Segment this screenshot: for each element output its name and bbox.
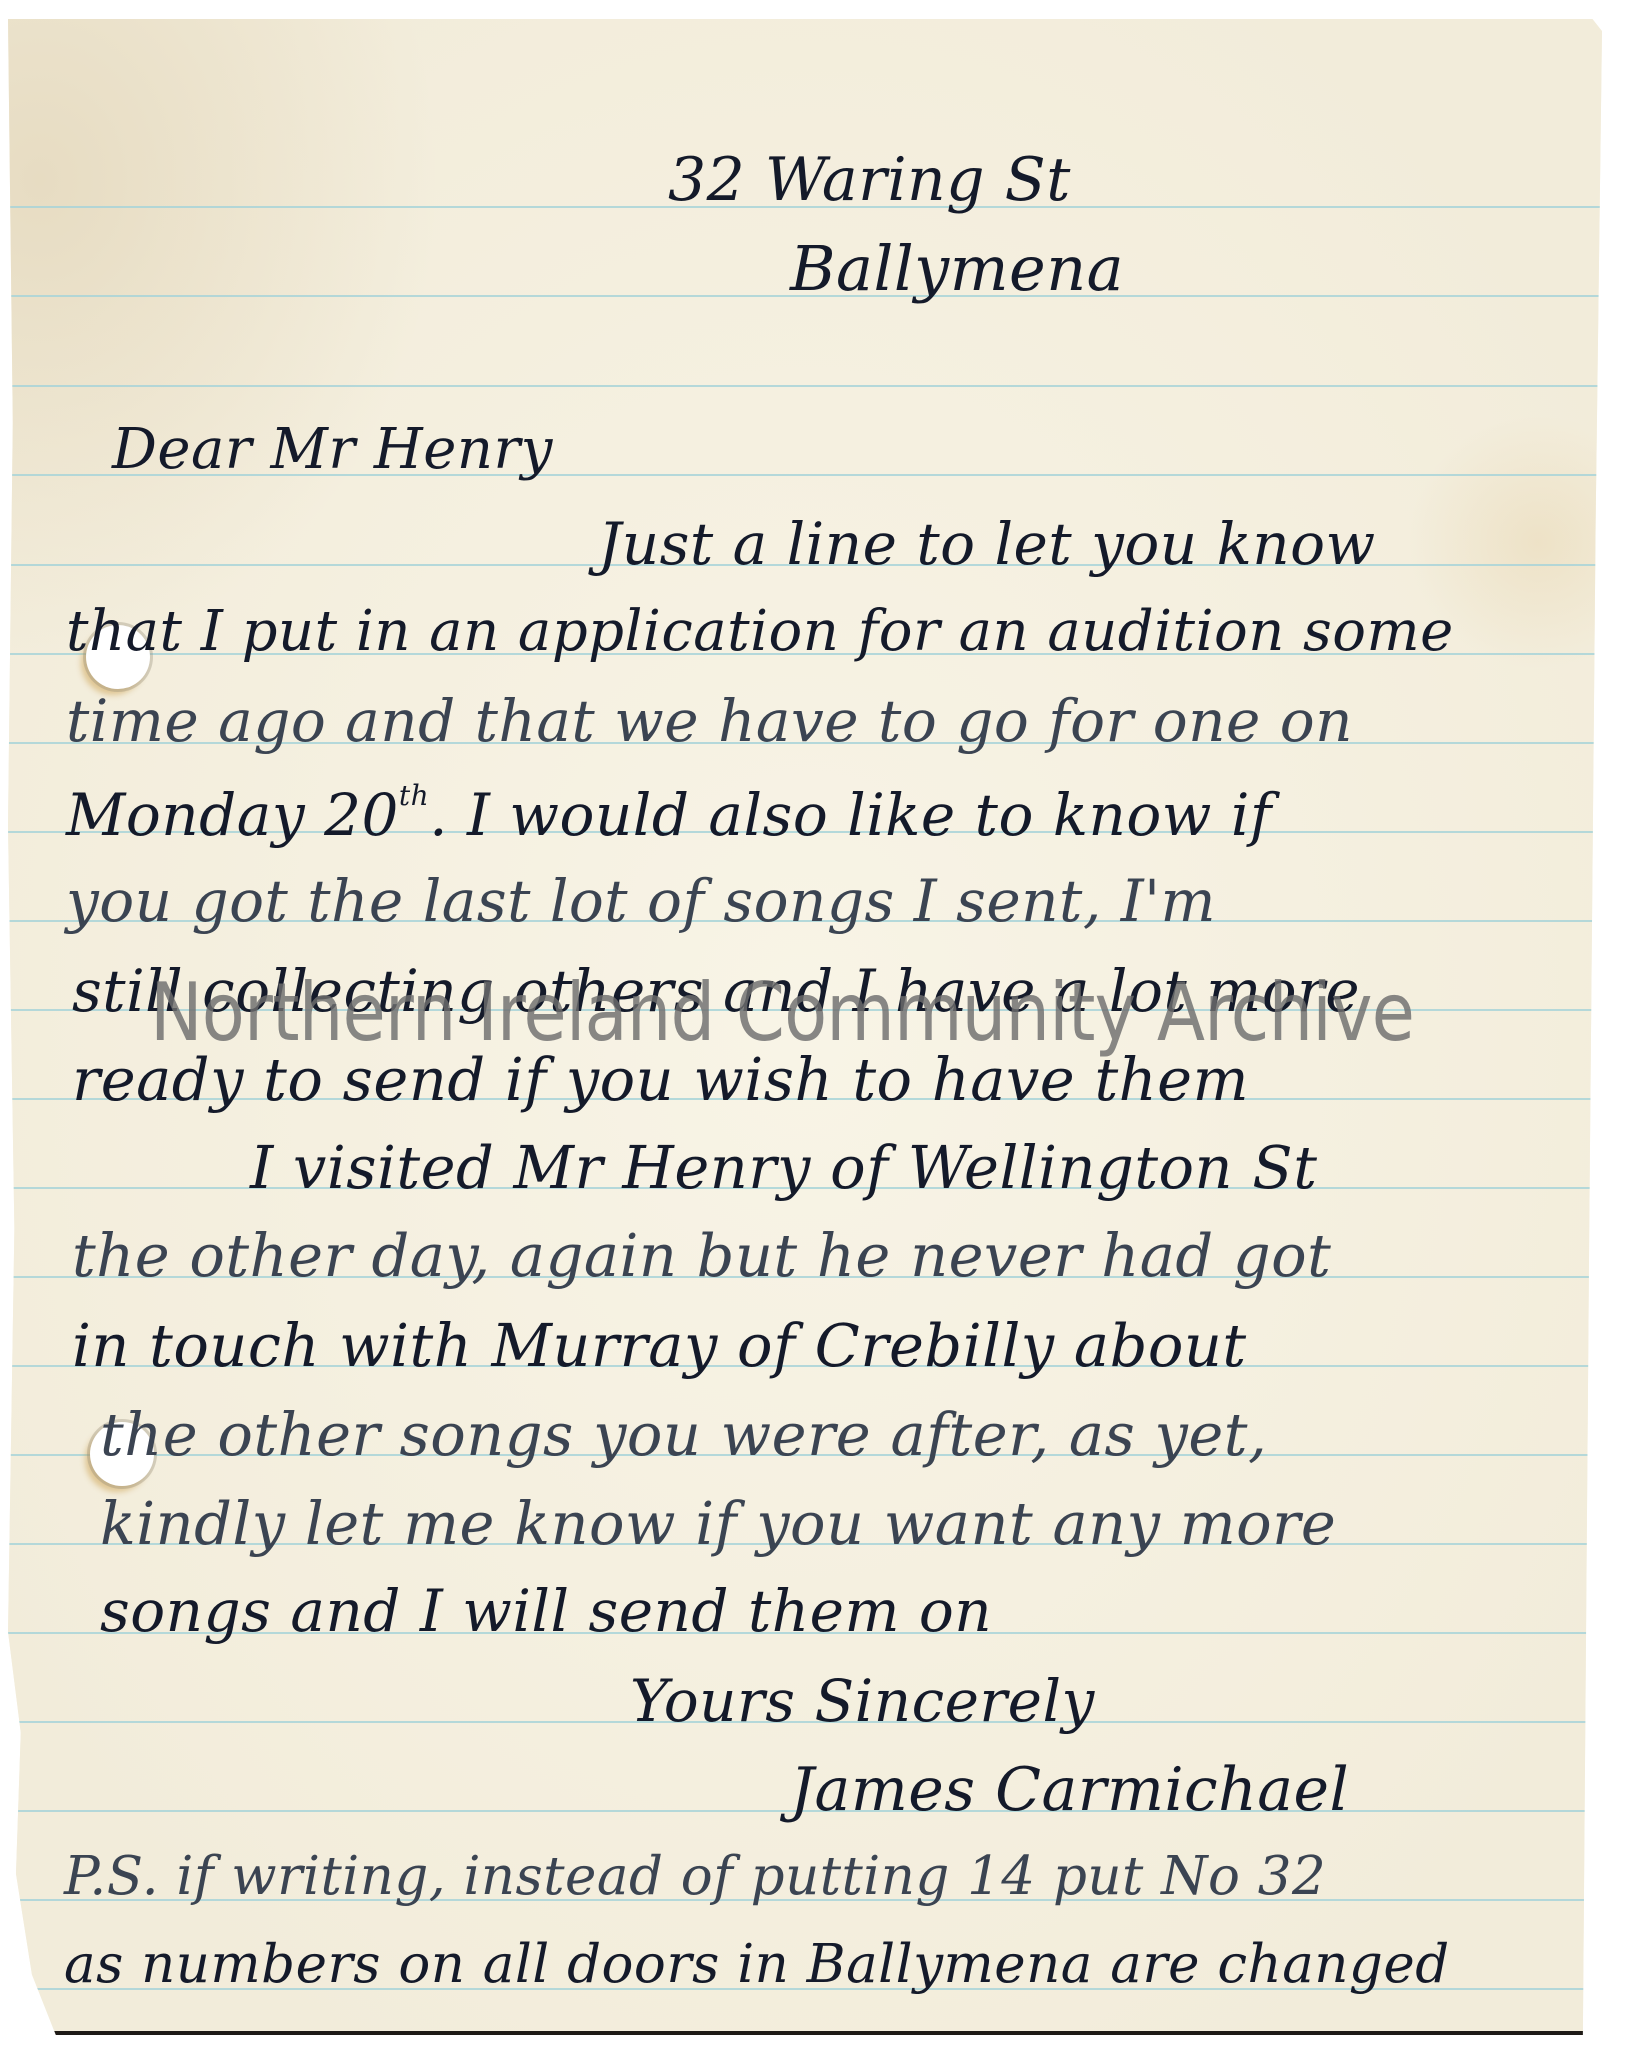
- body-line: in touch with Murray of Crebilly about: [72, 1316, 1247, 1375]
- address-line-2: Ballymena: [790, 238, 1124, 300]
- body-line: time ago and that we have to go for one …: [66, 692, 1353, 750]
- salutation: Dear Mr Henry: [112, 422, 553, 478]
- signature: James Carmichael: [790, 1760, 1349, 1820]
- body-line: Just a line to let you know: [598, 515, 1376, 573]
- date-suffix: th: [399, 779, 429, 812]
- closing: Yours Sincerely: [630, 1672, 1095, 1730]
- body-line-date: Monday 20: [66, 781, 399, 849]
- body-line: that I put in an application for an audi…: [66, 604, 1454, 660]
- body-line: songs and I will send them on: [100, 1582, 992, 1640]
- postscript-line: as numbers on all doors in Ballymena are…: [64, 1938, 1450, 1991]
- body-line: the other day, again but he never had go…: [72, 1226, 1331, 1285]
- address-line-1: 32 Waring St: [668, 150, 1071, 210]
- archive-watermark: Northern Ireland Community Archive: [150, 966, 1312, 1059]
- body-line: I visited Mr Henry of Wellington St: [250, 1138, 1317, 1197]
- body-line: you got the last lot of songs I sent, I'…: [66, 872, 1216, 930]
- body-line-rest: . I would also like to know if: [429, 781, 1272, 849]
- body-line: the other songs you were after, as yet,: [100, 1405, 1267, 1464]
- body-line: kindly let me know if you want any more: [100, 1494, 1336, 1553]
- body-line: Monday 20th. I would also like to know i…: [66, 782, 1272, 844]
- postscript-line: P.S. if writing, instead of putting 14 p…: [64, 1850, 1326, 1903]
- ruled-line: [8, 385, 1602, 387]
